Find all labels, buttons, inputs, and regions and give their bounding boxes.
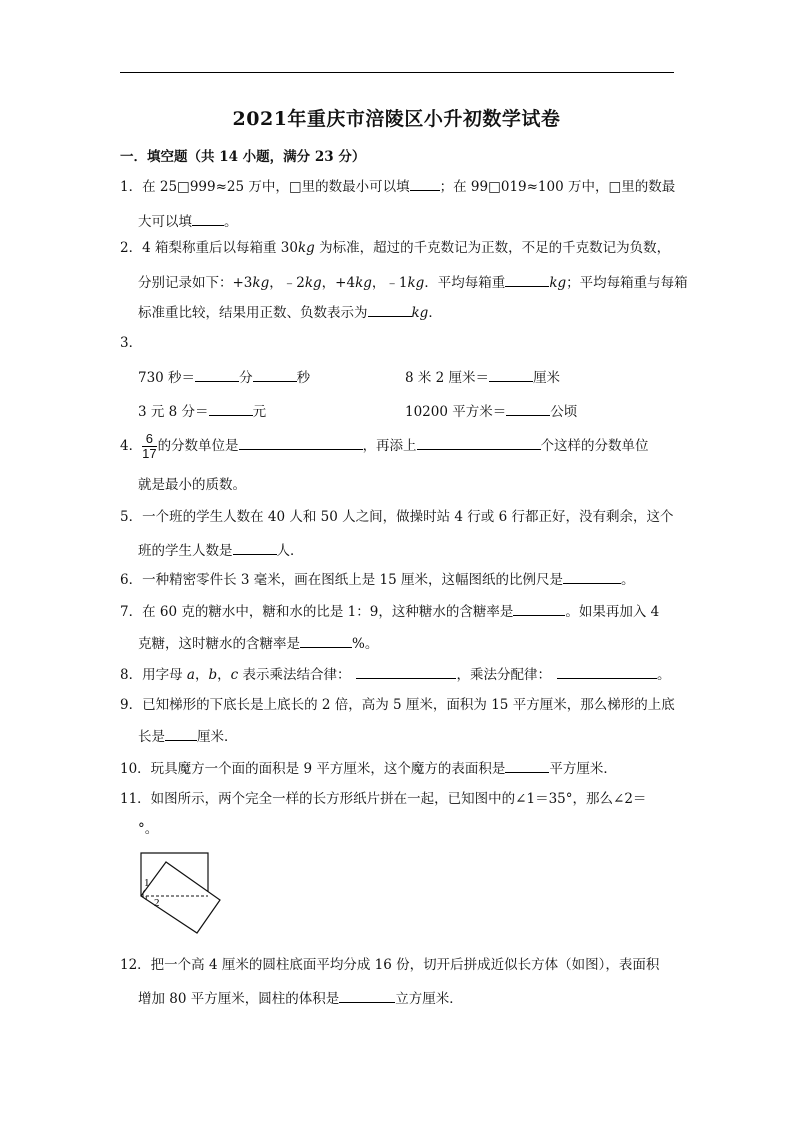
answer-blank[interactable]	[339, 988, 395, 1003]
angle-2-label: 2	[154, 897, 160, 909]
rectangles-figure: 1 2	[0, 0, 793, 1122]
angle-1-label: 1	[144, 877, 150, 889]
question-12-line-2: 增加 80 平方厘米，圆柱的体积是立方厘米．	[138, 988, 463, 1008]
question-12-line-1: 12．把一个高 4 厘米的圆柱底面平均分成 16 份，切开后拼成近似长方体（如图…	[120, 956, 659, 974]
